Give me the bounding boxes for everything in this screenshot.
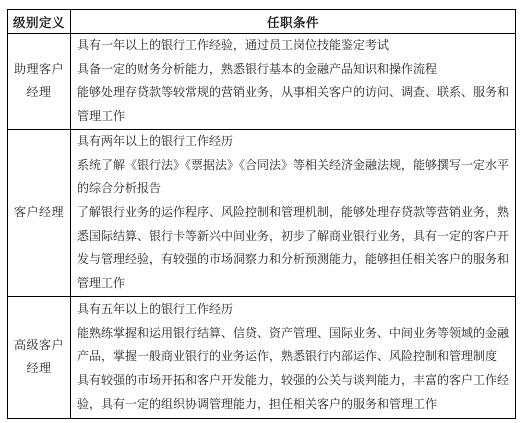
level-label: 高级客户经理 <box>14 334 64 381</box>
level-cell: 助理客户经理 <box>8 34 71 130</box>
header-level-definition: 级别定义 <box>8 10 71 34</box>
requirement-paragraph: 具有较强的市场开拓和客户开发能力，较强的公关与谈判能力，丰富的客户工作经验，具有… <box>77 369 509 416</box>
table-row-assistant-manager: 助理客户经理 具有一年以上的银行工作经验，通过员工岗位技能鉴定考试 具备一定的财… <box>8 34 516 130</box>
job-level-table: 级别定义 任职条件 助理客户经理 具有一年以上的银行工作经验，通过员工岗位技能鉴… <box>7 9 516 419</box>
requirement-paragraph: 具有两年以上的银行工作经历 <box>77 130 509 154</box>
requirements-cell: 具有五年以上的银行工作经历 能熟练掌握和运用银行结算、信贷、资产管理、国际业务、… <box>71 296 516 418</box>
table-row-manager: 客户经理 具有两年以上的银行工作经历 系统了解《银行法》《票据法》《合同法》等相… <box>8 129 516 296</box>
level-label: 助理客户经理 <box>14 58 64 105</box>
requirements-cell: 具有两年以上的银行工作经历 系统了解《银行法》《票据法》《合同法》等相关经济金融… <box>71 129 516 296</box>
requirement-paragraph: 了解银行业务的运作程序、风险控制和管理机制，能够处理存贷款等营销业务，熟悉国际结… <box>77 201 509 296</box>
requirement-paragraph: 能够处理存贷款等较常规的营销业务，从事相关客户的访问、调查、联系、服务和管理工作 <box>77 81 509 128</box>
requirement-paragraph: 能熟练掌握和运用银行结算、信贷、资产管理、国际业务、中间业务等领域的金融产品，掌… <box>77 322 509 369</box>
requirement-paragraph: 系统了解《银行法》《票据法》《合同法》等相关经济金融法规，能够撰写一定水平的综合… <box>77 154 509 201</box>
level-label: 客户经理 <box>14 201 64 225</box>
level-cell: 高级客户经理 <box>8 296 71 418</box>
requirements-cell: 具有一年以上的银行工作经验，通过员工岗位技能鉴定考试 具备一定的财务分析能力，熟… <box>71 34 516 130</box>
requirement-paragraph: 具备一定的财务分析能力，熟悉银行基本的金融产品知识和操作流程 <box>77 58 509 82</box>
header-job-requirements: 任职条件 <box>71 10 516 34</box>
requirement-paragraph: 具有五年以上的银行工作经历 <box>77 298 509 322</box>
level-cell: 客户经理 <box>8 129 71 296</box>
requirement-paragraph: 具有一年以上的银行工作经验，通过员工岗位技能鉴定考试 <box>77 34 509 58</box>
table-header-row: 级别定义 任职条件 <box>8 10 516 34</box>
table-row-senior-manager: 高级客户经理 具有五年以上的银行工作经历 能熟练掌握和运用银行结算、信贷、资产管… <box>8 296 516 418</box>
